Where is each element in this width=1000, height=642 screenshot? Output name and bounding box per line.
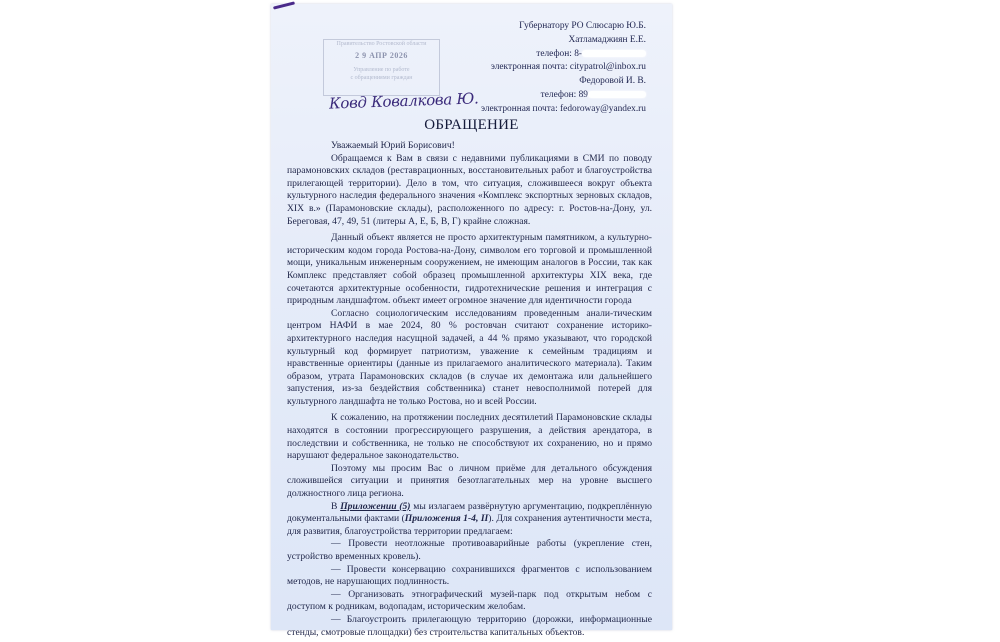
paragraph: Данный объект является не просто архитек… <box>287 232 652 308</box>
paragraph: Согласно социологическим исследованиям п… <box>287 308 652 409</box>
document-title: ОБРАЩЕНИЕ <box>271 117 672 134</box>
document-page: Губернатору РО Слюсарю Ю.Б. Хатламаджиян… <box>271 4 672 630</box>
stamp-line: Правительство Ростовской области <box>324 40 439 48</box>
sender2-phone: телефон: 89 <box>481 89 646 103</box>
stamp-line: с обращениями граждан <box>324 74 439 82</box>
stamp-line: Управление по работе <box>324 66 439 74</box>
paragraph-appendix: В Приложении (5) мы излагаем развёрнутую… <box>287 501 652 539</box>
paragraph: Обращаемся к Вам в связи с недавними пуб… <box>287 153 652 229</box>
proposal-item: — Провести консервацию сохранившихся фра… <box>287 564 652 589</box>
redaction-bar <box>582 50 646 57</box>
redaction-bar <box>588 91 646 98</box>
appendix-list-reference: Приложения 1-4, II <box>405 513 488 524</box>
letter-body: Уважаемый Юрий Борисович! Обращаемся к В… <box>287 140 652 639</box>
stamp-date: 2 9 АПР 2026 <box>324 52 439 60</box>
sender2-email: электронная почта: fedoroway@yandex.ru <box>481 103 646 117</box>
proposal-item: — Организовать этнографический музей-пар… <box>287 589 652 614</box>
addressee: Губернатору РО Слюсарю Ю.Б. <box>481 20 646 34</box>
sender1-phone: телефон: 8- <box>481 48 646 62</box>
proposal-item: — Благоустроить прилегающую территорию (… <box>287 614 652 639</box>
paragraph: Поэтому мы просим Вас о личном приёме дл… <box>287 463 652 501</box>
sender1-email: электронная почта: citypatrol@inbox.ru <box>481 61 646 75</box>
greeting: Уважаемый Юрий Борисович! <box>287 140 652 153</box>
proposal-item: — Провести неотложные противоаварийные р… <box>287 538 652 563</box>
appendix-reference: Приложении (5) <box>340 501 410 512</box>
letter-header: Губернатору РО Слюсарю Ю.Б. Хатламаджиян… <box>481 20 646 117</box>
handwritten-signature: Ковд Ковалкова Ю. <box>329 89 479 112</box>
sender2-name: Федоровой И. В. <box>481 75 646 89</box>
registration-stamp: Правительство Ростовской области 2 9 АПР… <box>323 39 440 96</box>
sender1-name: Хатламаджиян Е.Е. <box>481 34 646 48</box>
paragraph: К сожалению, на протяжении последних дес… <box>287 412 652 462</box>
